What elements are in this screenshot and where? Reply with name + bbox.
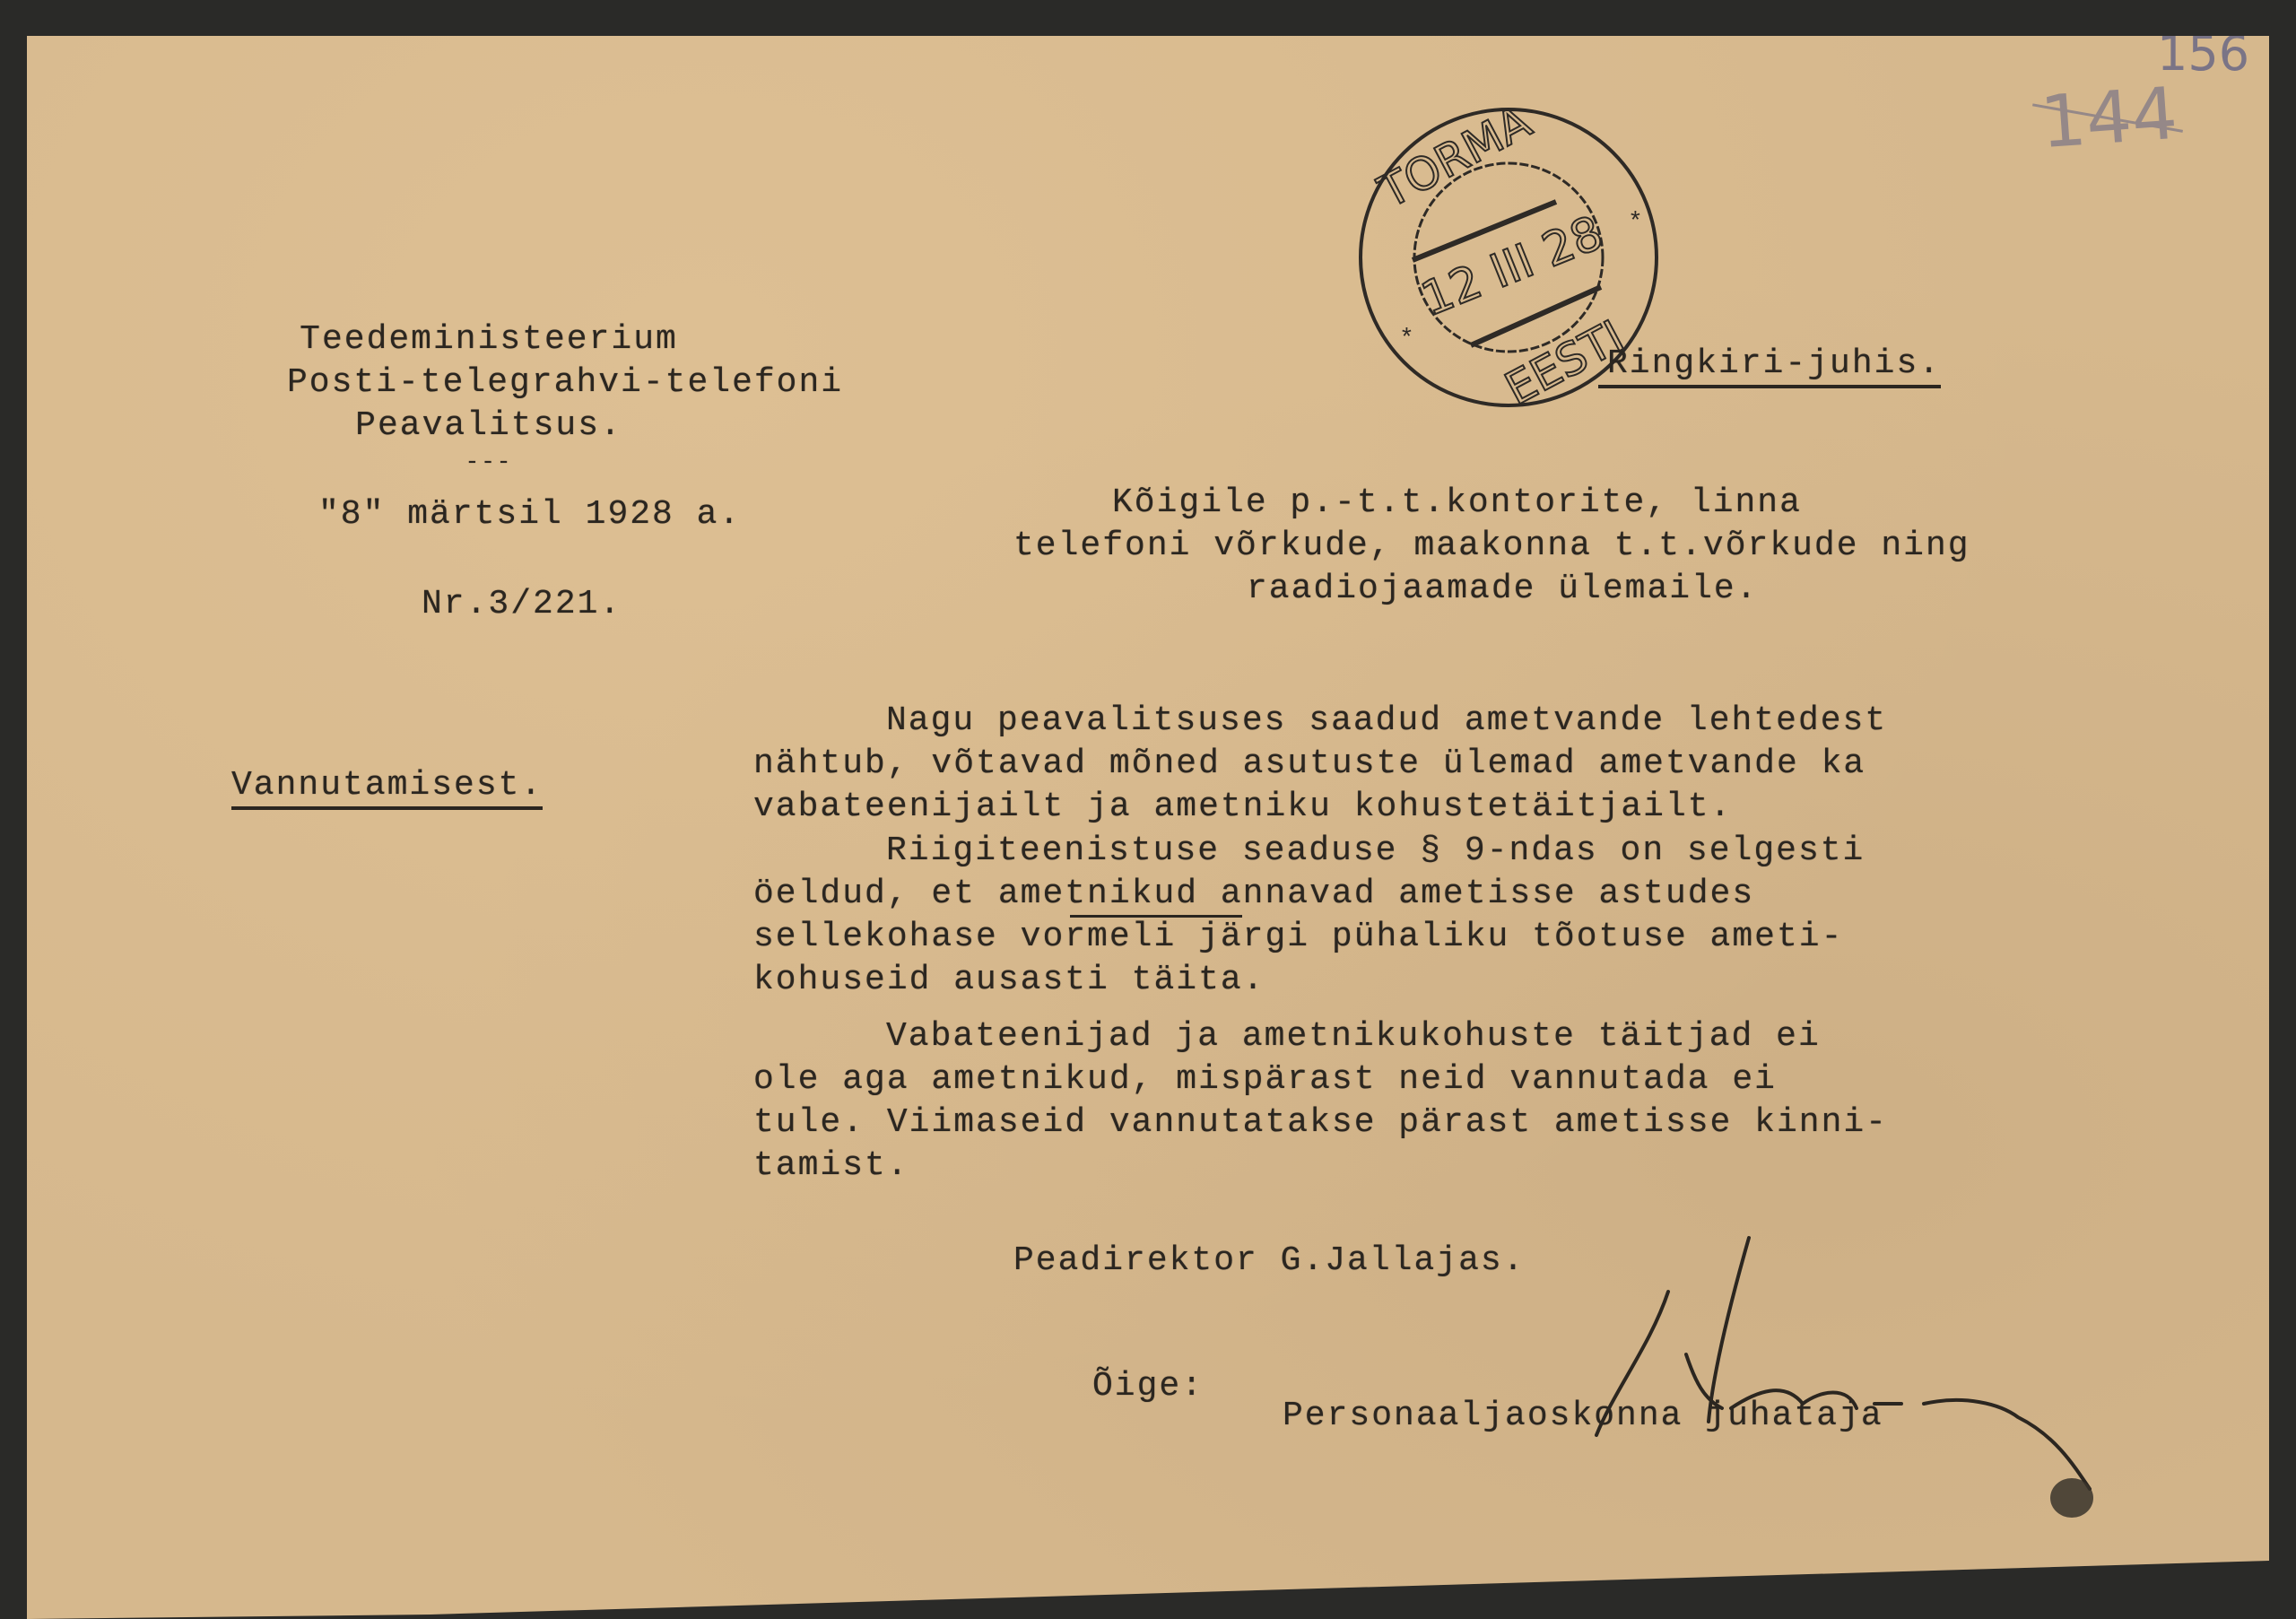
addressee-line-2: telefoni võrkude, maakonna t.t.võrkude n… [1013, 529, 1970, 563]
addressee-line-3: raadiojaamade ülemaile. [1247, 572, 1759, 606]
document-page: 156 144 Teedeministeerium Posti-telegrah… [27, 36, 2269, 1619]
body-line: sellekohase vormeli järgi pühaliku tõotu… [753, 920, 1843, 954]
document-subject: Vannutamisest. [231, 769, 543, 810]
body-line: öeldud, et ametnikud annavad ametisse as… [753, 877, 1754, 911]
body-line: ole aga ametnikud, mispärast neid vannut… [753, 1063, 1777, 1097]
handwritten-signature-icon [1516, 1229, 2161, 1525]
document-type: Ringkiri-juhis. [1598, 347, 1941, 388]
body-line: Nagu peavalitsuses saadud ametvande leht… [886, 704, 1887, 738]
office-name: Peavalitsus. [287, 409, 691, 443]
signatory: Peadirektor G.Jallajas. [1013, 1244, 1526, 1278]
addressee-line-1: Kõigile p.-t.t.kontorite, linna [1112, 486, 1802, 520]
svg-text:*: * [1628, 209, 1643, 237]
body-line: tule. Viimaseid vannutatakse pärast amet… [753, 1106, 1888, 1140]
ministry-name: Teedeministeerium [287, 323, 691, 357]
certified-label: Õige: [1092, 1370, 1204, 1404]
header-separator: --- [287, 450, 691, 474]
body-line: Vabateenijad ja ametnikukohuste täitjad … [886, 1020, 1821, 1054]
svg-text:12 III 28: 12 III 28 [1414, 206, 1610, 327]
body-line: kohuseid ausasti täita. [753, 963, 1265, 997]
document-date: "8" märtsil 1928 a. [318, 498, 741, 532]
body-line: nähtub, võtavad mõned asutuste ülemad am… [753, 747, 1865, 781]
body-line: vabateenijailt ja ametniku kohustetäitja… [753, 790, 1732, 824]
crossed-archive-number: 144 [2038, 72, 2180, 164]
svg-text:*: * [1399, 326, 1414, 353]
document-number: Nr.3/221. [422, 588, 622, 622]
body-line: tamist. [753, 1149, 909, 1183]
department-name: Posti-telegrahvi-telefoni [287, 366, 691, 400]
body-line: Riigiteenistuse seaduse § 9-ndas on selg… [886, 834, 1865, 868]
